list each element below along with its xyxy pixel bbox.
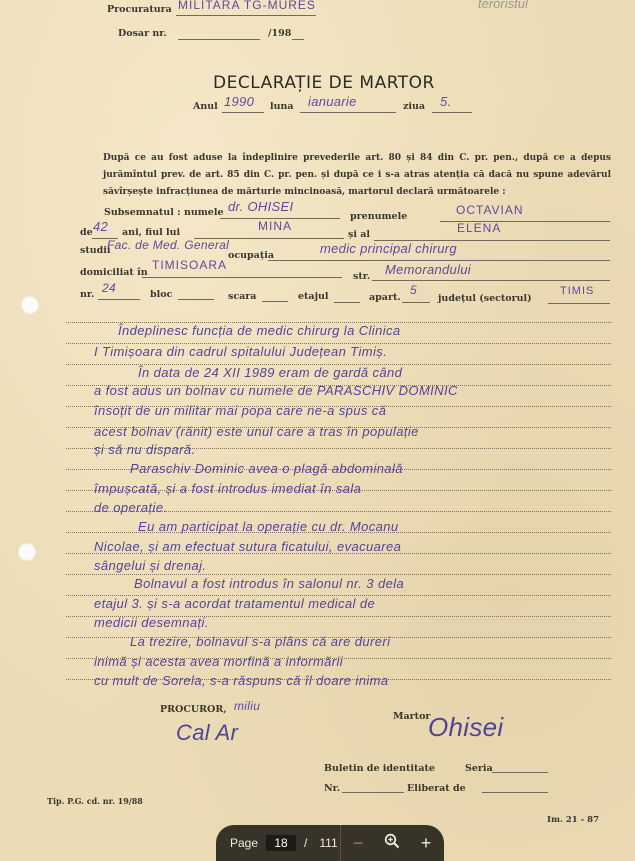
- ziua-label: ziua: [403, 101, 425, 112]
- prenumele-label: prenumele: [350, 211, 407, 222]
- punch-hole-top: [21, 296, 39, 314]
- page-separator: /: [304, 836, 307, 850]
- statement-line: de operație.: [94, 500, 167, 515]
- scara-label: scara: [228, 291, 256, 302]
- statement-line: Eu am participat la operație cu dr. Moca…: [138, 519, 399, 534]
- luna-label: luna: [270, 101, 294, 112]
- ruled-line: [66, 574, 611, 575]
- judetul-value: TIMIS: [560, 285, 594, 297]
- statement-line: și să nu dispară.: [94, 442, 195, 457]
- statement-line: însoțit de un militar mai popa care ne-a…: [94, 403, 386, 418]
- eliberat-label: Eliberat de: [407, 783, 466, 794]
- page-label: Page: [230, 836, 258, 850]
- buletin-label: Buletin de identitate: [324, 763, 435, 774]
- studii-label: studii: [80, 245, 111, 256]
- intro-paragraph: După ce au fost aduse la îndeplinire pre…: [103, 150, 611, 201]
- statement-line: Îndeplinesc funcția de medic chirurg la …: [118, 323, 401, 338]
- tata-value: MINA: [258, 219, 292, 233]
- statement-line: sângelui și drenaj.: [94, 558, 206, 573]
- luna-underline: [300, 112, 396, 113]
- statement-line: Paraschiv Dominic avea o plagă abdominal…: [130, 461, 403, 476]
- de-label: de: [80, 227, 93, 238]
- martor-signature: Ohisei: [428, 712, 504, 743]
- ziua-underline: [432, 112, 472, 113]
- ziua-value: 5.: [440, 94, 451, 109]
- judetul-label: județul (sectorul): [438, 293, 532, 304]
- document-title: DECLARAȚIE DE MARTOR: [213, 73, 435, 93]
- nr-label: nr.: [80, 289, 94, 300]
- total-pages: 111: [319, 836, 337, 850]
- zoom-in-button[interactable]: +: [409, 833, 443, 854]
- mama-value: ELENA: [457, 221, 501, 235]
- nr-bi-label: Nr.: [324, 783, 340, 794]
- ani-label: ani, fiul lui: [122, 227, 180, 238]
- ocupatia-value: medic principal chirurg: [320, 241, 457, 256]
- page-indicator: Page 18 / 111: [216, 835, 340, 851]
- statement-line: cu mult de Sorela, s-a răspuns că îl doa…: [94, 673, 389, 688]
- anul-value: 1990: [224, 94, 254, 109]
- page-number-input[interactable]: 18: [266, 835, 296, 851]
- etajul-label: etajul: [298, 291, 329, 302]
- footer-left: Tip. P.G. cd. nr. 19/88: [47, 796, 143, 806]
- statement-line: etajul 3. și s-a acordat tratamentul med…: [94, 596, 375, 611]
- zoom-out-button[interactable]: −: [341, 833, 375, 854]
- dosar-suffix: /198: [268, 28, 291, 39]
- procuratura-underline: [176, 15, 316, 16]
- procuratura-label: Procuratura: [107, 4, 172, 15]
- varsta-value: 42: [93, 219, 108, 234]
- domiciliu-value: TIMISOARA: [152, 258, 227, 272]
- dosar-underline: [178, 39, 260, 40]
- bloc-label: bloc: [150, 289, 172, 300]
- statement-line: Nicolae, și am efectuat sutura ficatului…: [94, 539, 401, 554]
- procuror-signature-top: miliu: [234, 699, 260, 713]
- footer-right: Im. 21 - 87: [547, 815, 599, 825]
- prenumele-value: OCTAVIAN: [456, 203, 524, 217]
- procuror-signature: Cal Ar: [176, 720, 238, 746]
- page-navigation-toolbar: Page 18 / 111 − +: [216, 825, 444, 861]
- statement-line: împușcată, și a fost introdus imediat în…: [94, 481, 361, 496]
- dosar-label: Dosar nr.: [118, 28, 167, 39]
- statement-line: În data de 24 XII 1989 eram de gardă cân…: [138, 365, 402, 380]
- anul-underline: [222, 112, 264, 113]
- si-al-label: și al: [348, 229, 370, 240]
- studii-value: Fac. de Med. General: [107, 238, 229, 252]
- magnifier-icon: [384, 833, 400, 849]
- statement-line: a fost adus un bolnav cu numele de PARAS…: [94, 383, 458, 398]
- punch-hole-bottom: [18, 543, 36, 561]
- procuror-label: PROCUROR,: [160, 704, 227, 715]
- nr-value: 24: [102, 281, 116, 295]
- strada-value: Memorandului: [385, 262, 471, 277]
- statement-line: La trezire, bolnavul s-a plâns că are du…: [130, 634, 390, 649]
- zoom-fit-icon[interactable]: [375, 833, 409, 854]
- dosar-year-underline: [292, 39, 304, 40]
- luna-value: ianuarie: [308, 94, 357, 109]
- document-page: Procuratura MILITARA TG-MURES teroristul…: [0, 0, 635, 861]
- anul-label: Anul: [193, 101, 218, 112]
- numele-value: dr. OHISEI: [228, 199, 293, 214]
- subsemnatul-label: Subsemnatul : numele: [104, 207, 224, 218]
- statement-line: I Timișoara din cadrul spitalului Județe…: [94, 344, 387, 359]
- martor-label: Martor: [393, 711, 430, 722]
- statement-line: medicii desemnați.: [94, 615, 209, 630]
- str-label: str.: [353, 271, 370, 282]
- apart-label: apart.: [369, 292, 401, 303]
- statement-line: inimă și acesta avea morfină a informări…: [94, 654, 343, 669]
- procuratura-value: MILITARA TG-MURES: [178, 0, 316, 12]
- apart-value: 5: [410, 283, 417, 297]
- statement-line: Bolnavul a fost introdus în salonul nr. …: [134, 576, 404, 591]
- domiciliat-label: domiciliat în: [80, 267, 148, 278]
- pencil-note: teroristul: [478, 0, 528, 11]
- seria-label: Seria: [465, 763, 493, 774]
- statement-line: acest bolnav (rănit) este unul care a tr…: [94, 424, 419, 439]
